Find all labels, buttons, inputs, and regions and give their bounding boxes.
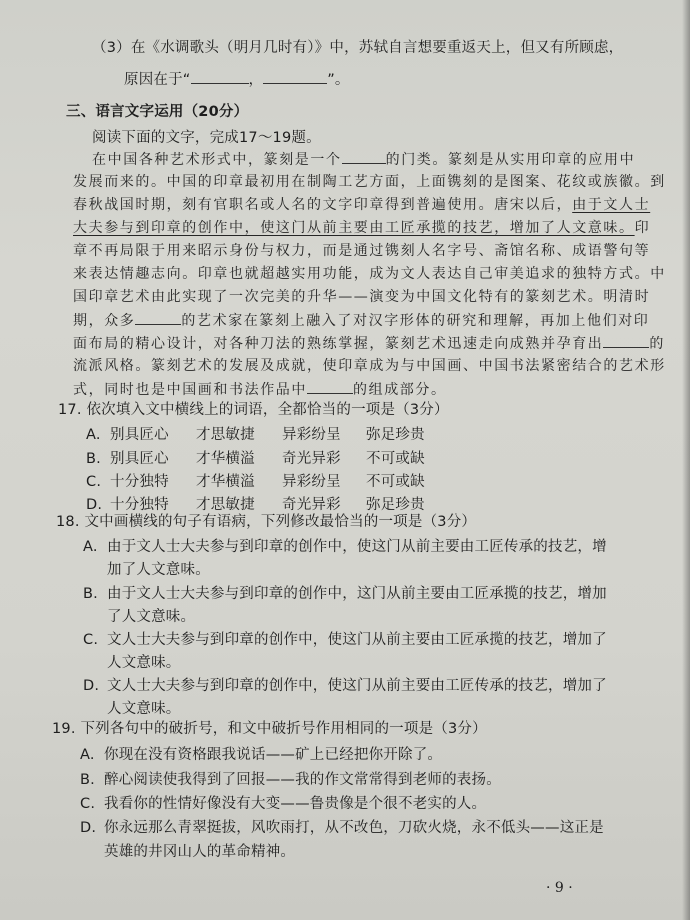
option-text: 你现在没有资格跟我说话——矿上已经把你开除了。	[104, 747, 442, 763]
option-letter: C.	[80, 794, 104, 814]
passage-line-4: 大夫参与到印章的创作中，使这门从前主要由工匠承揽的技艺，增加了人文意味。印	[73, 218, 650, 238]
option-word: 才思敏捷	[196, 425, 282, 445]
passage-line-3: 春秋战国时期，刻有官职名或人名的文字印章得到普遍使用。唐宋以后，由于文人士	[73, 195, 650, 215]
q17-option-c[interactable]: C.十分独特才华横溢异彩纷呈不可或缺	[86, 472, 425, 492]
option-word: 别具匠心	[110, 449, 196, 469]
option-letter: D.	[83, 676, 107, 696]
passage-line-7: 国印章艺术由此实现了一次完美的升华——演变为中国文化特有的篆刻艺术。明清时	[73, 287, 650, 307]
option-letter: B.	[83, 584, 107, 604]
passage-line-5: 章不再局限于用来昭示身份与权力，而是通过镌刻人名字号、斋馆名称、成语警句等	[73, 241, 650, 261]
underlined-sentence-start: 由于文人士	[572, 197, 650, 213]
passage-text: 的组成部分。	[353, 382, 447, 398]
option-letter: D.	[80, 818, 104, 838]
passage-text: 面布局的精心设计，对各种刀法的熟练掌握，篆刻艺术迅速走向成熟并孕育出	[73, 336, 603, 352]
option-text: 文人士大夫参与到印章的创作中，使这门从前主要由工匠承揽的技艺，增加了	[107, 632, 607, 648]
q19-option-b[interactable]: B.醉心阅读使我得到了回报——我的作文常常得到老师的表扬。	[80, 770, 501, 790]
option-letter: B.	[80, 770, 104, 790]
passage-text: 期，众多	[73, 313, 135, 329]
option-letter: A.	[80, 745, 104, 765]
option-word: 异彩纷呈	[282, 472, 366, 492]
q18-option-d[interactable]: D.文人士大夫参与到印章的创作中，使这门从前主要由工匠传承的技艺，增加了	[83, 676, 607, 696]
q17-stem: 17. 依次填入文中横线上的词语，全都恰当的一项是（3分）	[58, 400, 449, 420]
passage-blank-1	[342, 149, 386, 164]
passage-blank-4	[307, 379, 353, 394]
option-word: 弥足珍贵	[366, 425, 425, 445]
option-word: 不可或缺	[366, 449, 425, 469]
passage-line-10: 流派风格。篆刻艺术的发展及成就，使印章成为与中国画、中国书法紧密结合的艺术形	[73, 356, 666, 376]
underlined-sentence-end: 大夫参与到印章的创作中，使这门从前主要由工匠承揽的技艺，增加了人文意味。	[73, 220, 635, 236]
q18-option-b[interactable]: B.由于文人士大夫参与到印章的创作中，这门从前主要由工匠承揽的技艺，增加	[83, 584, 607, 604]
passage-text: 的艺术家在篆刻上融入了对汉字形体的研究和理解，再加上他们对印	[181, 313, 649, 329]
q17-option-a[interactable]: A.别具匠心才思敏捷异彩纷呈弥足珍贵	[86, 425, 425, 445]
option-text: 文人士大夫参与到印章的创作中，使这门从前主要由工匠传承的技艺，增加了	[107, 678, 607, 694]
q18-option-b-cont: 了人文意味。	[107, 607, 195, 627]
option-word: 别具匠心	[110, 425, 196, 445]
passage-text: 的	[649, 336, 665, 352]
page-edge-shadow	[682, 0, 690, 920]
option-letter: A.	[83, 537, 107, 557]
passage-blank-3	[603, 333, 649, 348]
passage-line-1: 在中国各种艺术形式中，篆刻是一个的门类。篆刻是从实用印章的应用中	[92, 149, 635, 170]
q16-3-prefix: 原因在于“	[124, 72, 191, 88]
option-word: 才华横溢	[196, 472, 282, 492]
passage-line-9: 面布局的精心设计，对各种刀法的熟练掌握，篆刻艺术迅速走向成熟并孕育出的	[73, 333, 665, 354]
q18-option-c-cont: 人文意味。	[107, 653, 181, 673]
page-number: · 9 ·	[546, 880, 573, 896]
q18-option-a[interactable]: A.由于文人士大夫参与到印章的创作中，使这门从前主要由工匠传承的技艺，增	[83, 537, 607, 557]
option-text: 醉心阅读使我得到了回报——我的作文常常得到老师的表扬。	[104, 772, 501, 788]
option-word: 十分独特	[110, 472, 196, 492]
option-word: 才华横溢	[196, 449, 282, 469]
passage-text: 的门类。篆刻是从实用印章的应用中	[386, 152, 636, 168]
option-letter: C.	[83, 630, 107, 650]
answer-blank-2[interactable]	[263, 69, 327, 84]
q19-option-d[interactable]: D.你永远那么青翠挺拔，风吹雨打，从不改色，刀砍火烧，永不低头——这正是	[80, 818, 604, 838]
passage-line-11: 式，同时也是中国画和书法作品中的组成部分。	[73, 379, 447, 400]
passage-blank-2	[135, 310, 181, 325]
q17-option-b[interactable]: B.别具匠心才华横溢奇光异彩不可或缺	[86, 449, 425, 469]
option-letter: B.	[86, 449, 110, 469]
option-letter: C.	[86, 472, 110, 492]
option-text: 你永远那么青翠挺拔，风吹雨打，从不改色，刀砍火烧，永不低头——这正是	[104, 820, 604, 836]
q16-3-line2: 原因在于“，”。	[124, 69, 350, 90]
q16-3-line1: （3）在《水调歌头（明月几时有）》中，苏轼自言想要重返天上，但又有所顾虑，	[92, 38, 623, 58]
passage-line-2: 发展而来的。中国的印章最初用在制陶工艺方面，上面镌刻的是图案、花纹或族徽。到	[73, 172, 666, 192]
option-letter: A.	[86, 425, 110, 445]
section-title: 三、语言文字运用（20分）	[66, 102, 248, 122]
q18-option-c[interactable]: C.文人士大夫参与到印章的创作中，使这门从前主要由工匠承揽的技艺，增加了	[83, 630, 607, 650]
q16-3-suffix: ”。	[327, 72, 349, 88]
passage-text: 在中国各种艺术形式中，篆刻是一个	[92, 152, 342, 168]
q19-option-a[interactable]: A.你现在没有资格跟我说话——矿上已经把你开除了。	[80, 745, 442, 765]
passage-line-6: 来表达情趣志向。印章也就超越实用功能，成为文人表达自己审美追求的独特方式。中	[73, 264, 666, 284]
option-text: 由于文人士大夫参与到印章的创作中，使这门从前主要由工匠传承的技艺，增	[107, 539, 607, 555]
option-word: 异彩纷呈	[282, 425, 366, 445]
option-word: 奇光异彩	[282, 449, 366, 469]
passage-text: 印	[635, 220, 651, 236]
option-text: 我看你的性情好像没有大变——鲁贵像是个很不老实的人。	[104, 796, 486, 812]
passage-text: 式，同时也是中国画和书法作品中	[73, 382, 307, 398]
answer-blank-1[interactable]	[191, 69, 249, 84]
q16-3-sep: ，	[249, 72, 264, 88]
passage-line-8: 期，众多的艺术家在篆刻上融入了对汉字形体的研究和理解，再加上他们对印	[73, 310, 649, 331]
q19-stem: 19. 下列各句中的破折号，和文中破折号作用相同的一项是（3分）	[52, 719, 487, 739]
q19-option-d-cont: 英雄的井冈山人的革命精神。	[104, 842, 295, 862]
option-word: 不可或缺	[366, 472, 425, 492]
q18-stem: 18. 文中画横线的句子有语病，下列修改最恰当的一项是（3分）	[56, 512, 476, 532]
section-instruction: 阅读下面的文字，完成17～19题。	[92, 128, 321, 148]
exam-page: （3）在《水调歌头（明月几时有）》中，苏轼自言想要重返天上，但又有所顾虑， 原因…	[0, 0, 690, 920]
passage-text: 春秋战国时期，刻有官职名或人名的文字印章得到普遍使用。唐宋以后，	[73, 197, 572, 213]
q18-option-a-cont: 加了人文意味。	[107, 560, 210, 580]
option-text: 由于文人士大夫参与到印章的创作中，这门从前主要由工匠承揽的技艺，增加	[107, 586, 607, 602]
q19-option-c[interactable]: C.我看你的性情好像没有大变——鲁贵像是个很不老实的人。	[80, 794, 486, 814]
q18-option-d-cont: 人文意味。	[107, 699, 181, 719]
